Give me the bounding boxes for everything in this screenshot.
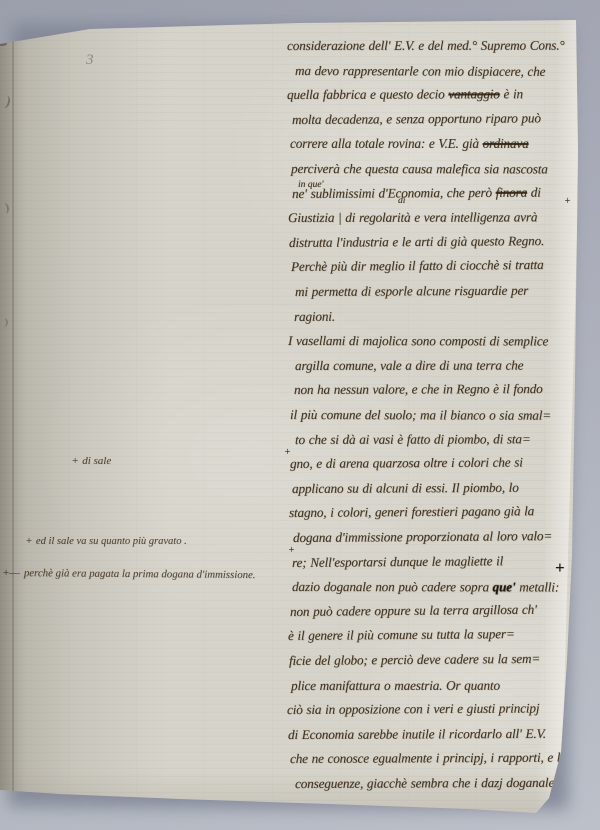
- manuscript-line: ciò sia in opposizione con i veri e gius…: [286, 701, 538, 719]
- cross-mark-icon: +: [564, 196, 571, 207]
- margin-note-text: ed il sale va su quanto più gravato .: [36, 536, 187, 547]
- manuscript-line: non può cadere oppure su la terra argill…: [290, 601, 537, 619]
- cross-mark-icon: +: [284, 447, 291, 458]
- manuscript-line: Giustizia | di regolarità e vera intelli…: [288, 210, 537, 227]
- cross-mark-icon: +: [288, 545, 295, 556]
- interlinear-insertion: di: [398, 196, 405, 206]
- manuscript-line: non ha nessun valore, e che in Regno è i…: [294, 381, 543, 398]
- manuscript-line: stagno, i colori, generi forestieri paga…: [289, 504, 534, 522]
- manuscript-line: di Economia sarebbe inutile il ricordarl…: [288, 726, 546, 743]
- manuscript-line: considerazione dell' E.V. e del med.° Su…: [286, 38, 564, 54]
- manuscript-line: dazio doganale non può cadere sopra que'…: [292, 579, 559, 595]
- manuscript-line: ficie del globo; e perciò deve cadere su…: [289, 651, 540, 669]
- manuscript-line: gno, e di arena quarzosa oltre i colori …: [290, 455, 523, 473]
- main-text-block: considerazione dell' E.V. e del med.° Su…: [0, 0, 600, 830]
- cross-mark-icon: +: [26, 536, 32, 547]
- margin-note: +—perchè già era pagata la prima dogana …: [3, 567, 256, 581]
- manuscript-line: ragioni.: [294, 308, 335, 324]
- cross-mark-icon: +: [555, 558, 565, 578]
- interlinear-insertion: in que': [298, 180, 324, 190]
- manuscript-line: I vasellami di majolica sono composti di…: [288, 333, 548, 349]
- manuscript-line: è il genere il più comune su tutta la su…: [288, 626, 515, 644]
- cross-mark-icon: +: [72, 455, 78, 467]
- manuscript-line: to che si dà ai vasi è fatto di piombo, …: [295, 431, 531, 448]
- cross-mark-icon: +—: [3, 567, 20, 579]
- manuscript-line: ma devo rappresentarle con mio dispiacer…: [295, 63, 545, 80]
- manuscript-line: re; Nell'esportarsi dunque le magliette …: [291, 553, 502, 571]
- manuscript-line: molta decadenza, e senza opportuno ripar…: [291, 110, 540, 128]
- margin-note-text: di sale: [82, 455, 111, 467]
- margin-note: +di sale: [72, 455, 111, 467]
- photo-background: 3 considerazione dell' E.V. e del med.° …: [0, 0, 600, 830]
- manuscript-line: che ne conosce egualmente i principj, i …: [290, 750, 566, 767]
- manuscript-line: applicano su di alcuni di essi. Il piomb…: [292, 480, 519, 497]
- manuscript-photo: { "photo": { "background_color": "#a7aab…: [0, 0, 600, 830]
- manuscript-line: plice manifattura o maestria. Or quanto: [291, 677, 500, 693]
- manuscript-line: il più comune del suolo; ma il bianco o …: [290, 407, 551, 424]
- manuscript-line: quella fabbrica e questo decio vantaggio…: [287, 86, 523, 103]
- manuscript-line: distrutta l'industria e le arti di già q…: [289, 233, 544, 251]
- manuscript-line: perciverà che questa causa malefica sia …: [291, 161, 548, 177]
- manuscript-page: 3 considerazione dell' E.V. e del med.° …: [0, 0, 600, 830]
- manuscript-line: Perchè più dir meglio il fatto di ciocch…: [291, 257, 544, 275]
- manuscript-line: dogana d'immissione proporzionata al lor…: [293, 528, 552, 546]
- manuscript-line: argilla comune, vale a dire di una terra…: [295, 357, 523, 373]
- manuscript-line: mi permetta di esporle alcune risguardie…: [295, 283, 528, 300]
- manuscript-line: conseguenze, giacchè sembra che i dazj d…: [295, 775, 554, 792]
- manuscript-line: ne' sublimissimi d'Economia, che però fi…: [292, 184, 541, 201]
- manuscript-line: correre alla totale rovina: e V.E. già o…: [290, 136, 529, 152]
- margin-note-text: perchè già era pagata la prima dogana d'…: [24, 567, 256, 581]
- margin-note: +ed il sale va su quanto più gravato .: [26, 536, 187, 547]
